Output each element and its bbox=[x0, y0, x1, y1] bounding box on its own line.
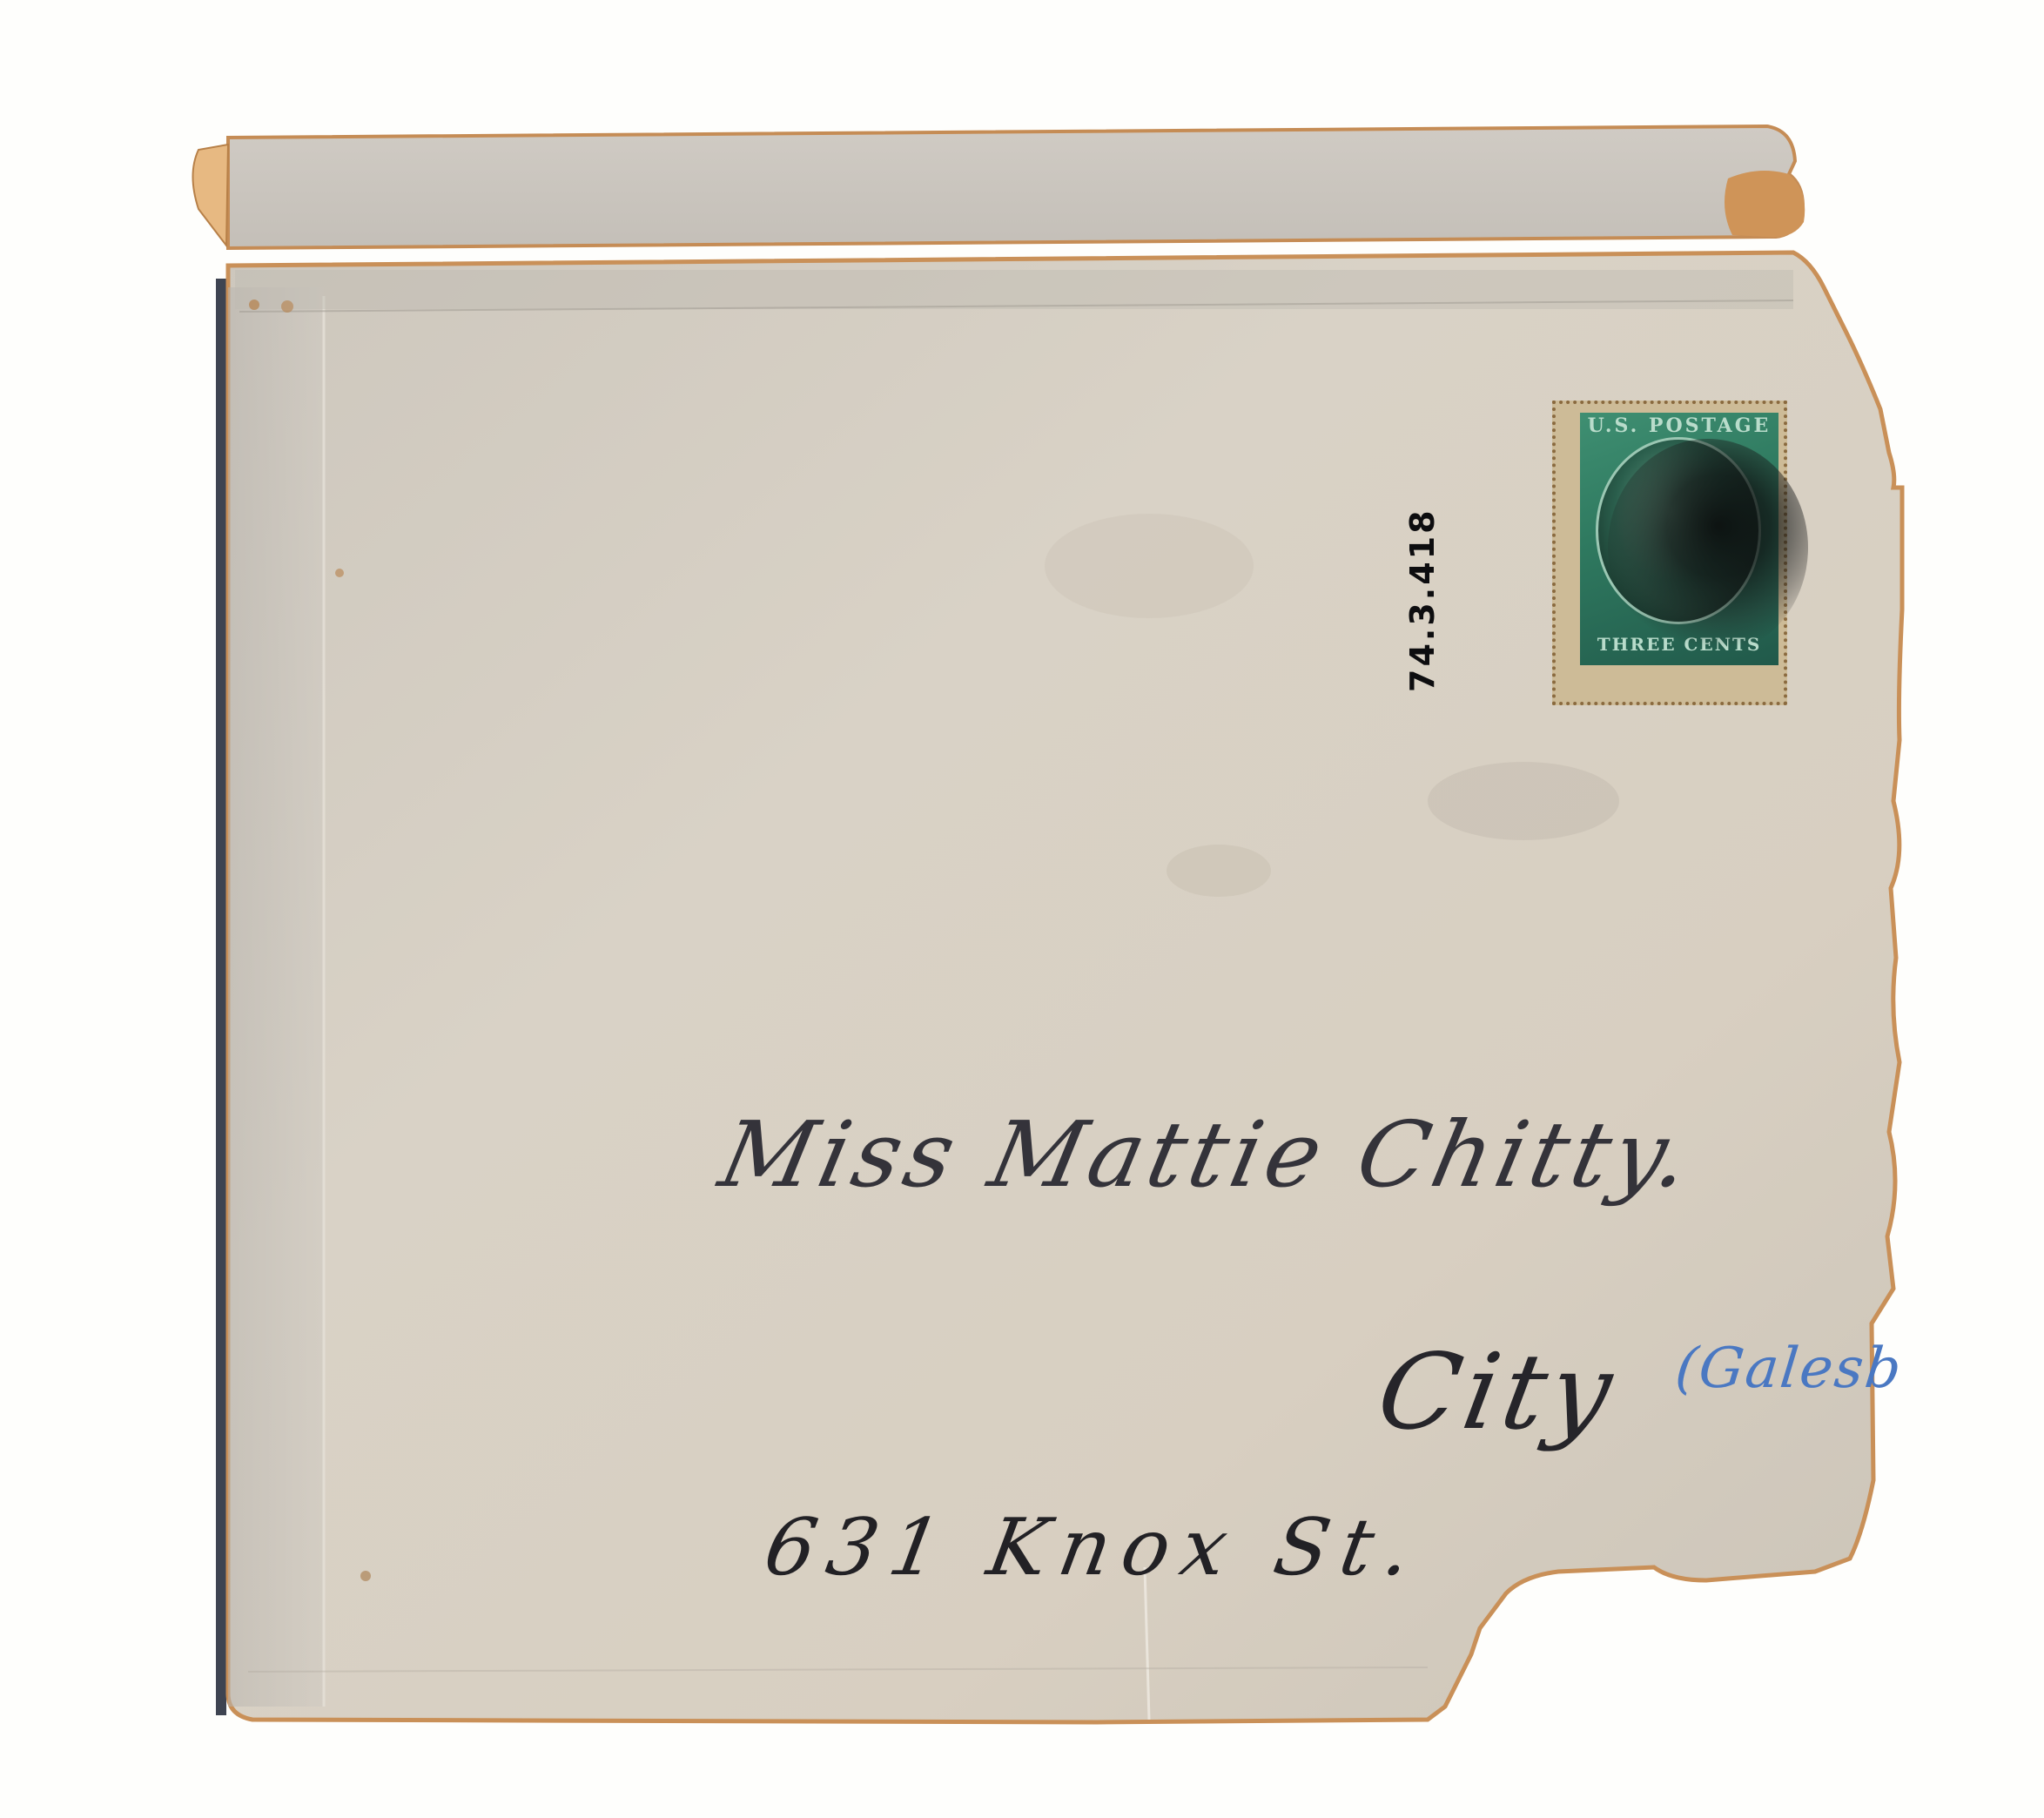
top-fold-band bbox=[235, 270, 1793, 309]
left-fold-strip bbox=[228, 287, 324, 1707]
street-address: 631 Knox St. bbox=[758, 1502, 1430, 1593]
top-flap bbox=[228, 126, 1803, 248]
cancellation-mark bbox=[1608, 439, 1808, 656]
catalog-number: 74.3.418 bbox=[1403, 508, 1442, 692]
flap-torn-left bbox=[193, 145, 229, 246]
flap-torn-right bbox=[1725, 171, 1805, 237]
addressee-name: Miss Mattie Chitty. bbox=[711, 1101, 1704, 1208]
stamp-top-text: U.S. POSTAGE bbox=[1580, 414, 1778, 437]
postage-stamp: U.S. POSTAGE THREE CENTS bbox=[1552, 401, 1787, 705]
address-city: City bbox=[1369, 1332, 1626, 1453]
scanned-envelope: U.S. POSTAGE THREE CENTS 74.3.418 Miss M… bbox=[0, 0, 2044, 1818]
archival-annotation: (Galesb bbox=[1672, 1337, 1906, 1401]
edge-shadow bbox=[216, 279, 226, 1715]
